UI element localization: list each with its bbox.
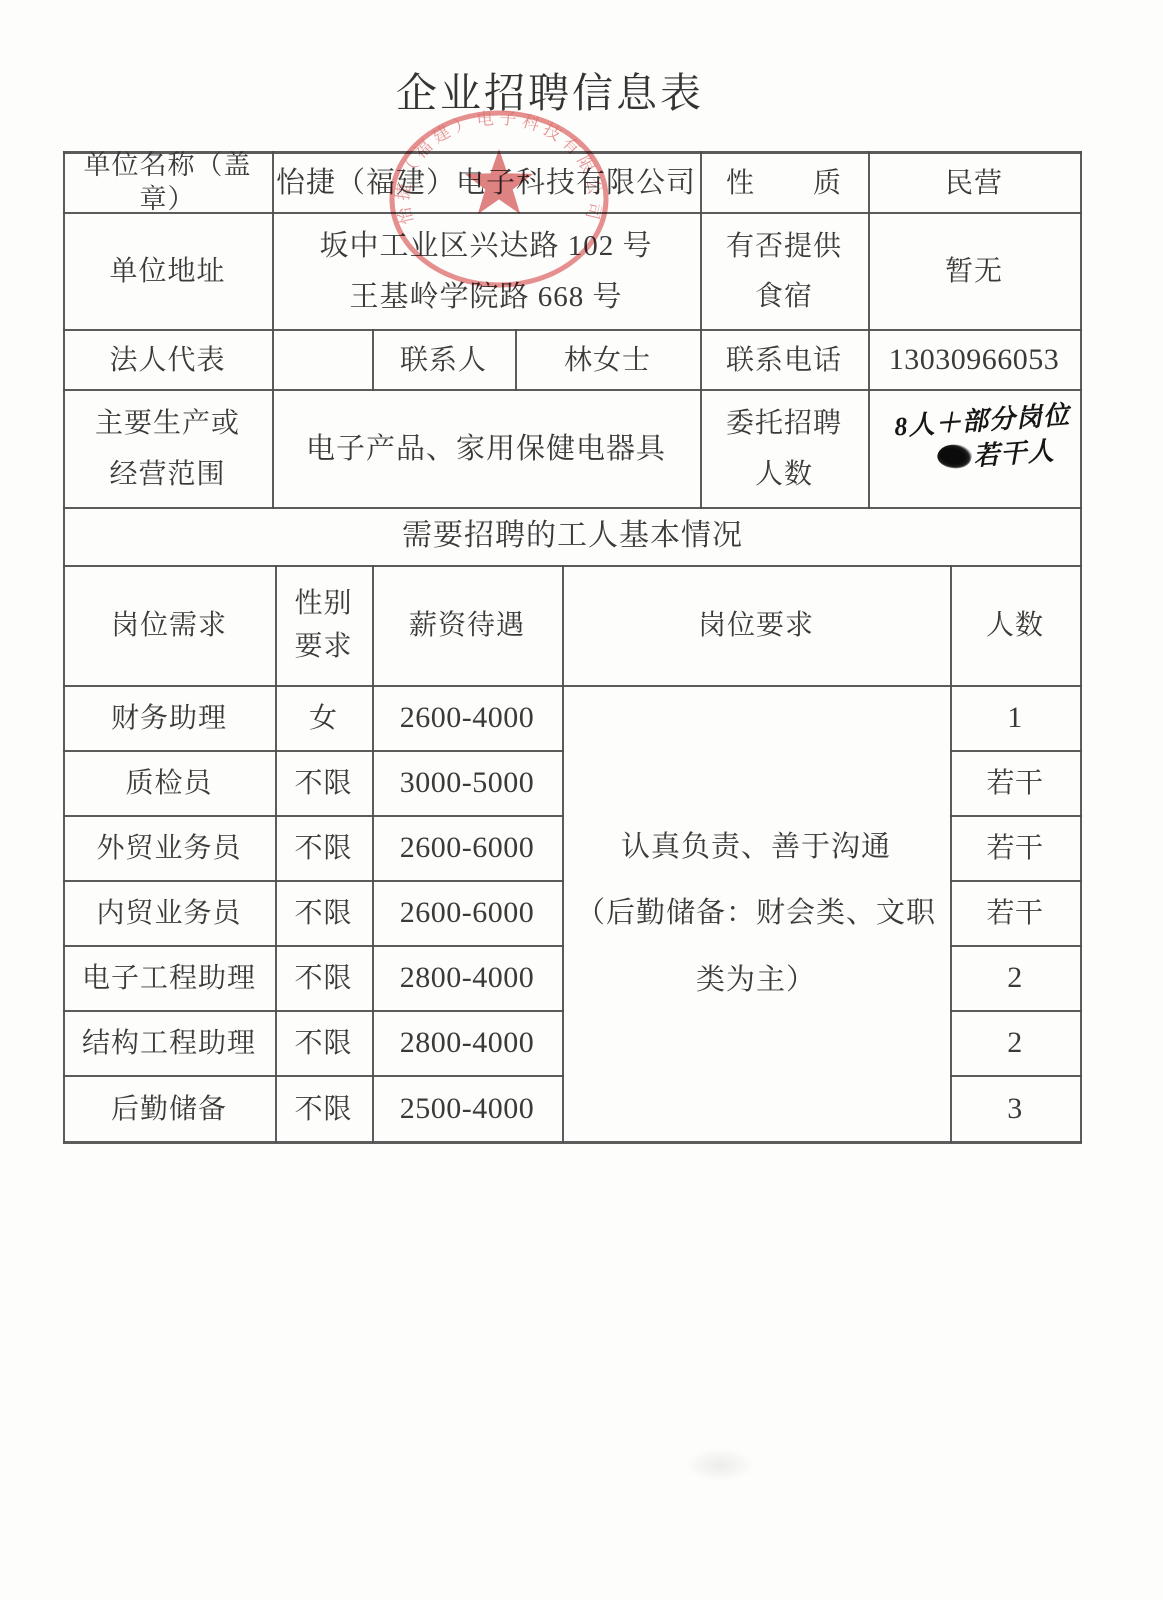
scope-label-line-1: 主要生产或: [95, 406, 240, 441]
header-position: 岗位需求: [63, 565, 275, 685]
entrust-label-line-1: 委托招聘: [726, 406, 842, 441]
job-salary: 2500-4000: [372, 1076, 562, 1142]
job-gender: 女: [275, 686, 372, 750]
job-gender: 不限: [275, 751, 372, 815]
contact-value: 林女士: [515, 331, 700, 389]
nature-label: 性 质: [700, 152, 868, 214]
scan-smudge: [685, 1448, 755, 1482]
header-requirement: 岗位要求: [562, 565, 950, 685]
requirement-merged-cell: 认真负责、善于沟通 （后勤储备：财会类、文职 类为主）: [562, 686, 950, 1141]
ink-blot: [936, 441, 974, 471]
job-count: 若干: [950, 751, 1080, 815]
job-count: 若干: [950, 816, 1080, 880]
job-salary: 2600-6000: [372, 881, 562, 945]
header-count: 人数: [950, 565, 1080, 685]
phone-value: 13030966053: [868, 331, 1080, 389]
handwriting-line-2: 若干人: [936, 430, 1055, 475]
phone-label: 联系电话: [700, 331, 868, 389]
nature-value: 民营: [868, 152, 1080, 214]
job-position: 电子工程助理: [63, 946, 275, 1010]
job-count: 2: [950, 1011, 1080, 1075]
job-salary: 2800-4000: [372, 1011, 562, 1075]
job-gender: 不限: [275, 946, 372, 1010]
job-salary: 2600-4000: [372, 686, 562, 750]
board-label: 有否提供 食宿: [700, 214, 868, 329]
job-salary: 2800-4000: [372, 946, 562, 1010]
job-position: 结构工程助理: [63, 1011, 275, 1075]
header-gender-line-2: 要求: [294, 629, 352, 664]
requirement-line-3: 类为主）: [696, 962, 816, 998]
company-seal-stamp: 怡捷（福建）电子科技有限公司: [383, 106, 615, 294]
job-gender: 不限: [275, 1011, 372, 1075]
header-salary: 薪资待遇: [372, 565, 562, 685]
job-position: 内贸业务员: [63, 881, 275, 945]
job-count: 若干: [950, 881, 1080, 945]
legal-rep-label: 法人代表: [63, 331, 272, 389]
address-label: 单位地址: [63, 214, 272, 329]
scope-label-line-2: 经营范围: [109, 457, 225, 492]
job-salary: 2600-6000: [372, 816, 562, 880]
job-position: 后勤储备: [63, 1076, 275, 1142]
job-gender: 不限: [275, 881, 372, 945]
seal-star-icon: [465, 149, 533, 214]
scanned-form-page: 企业招聘信息表: [0, 0, 1163, 1600]
board-label-line-2: 食宿: [755, 279, 813, 314]
contact-label: 联系人: [372, 331, 515, 389]
board-value: 暂无: [868, 214, 1080, 329]
entrust-handwritten-value: 8人＋部分岗位 若干人: [864, 384, 1084, 515]
job-position: 财务助理: [63, 686, 275, 750]
board-label-line-1: 有否提供: [726, 229, 842, 264]
requirement-line-2: （后勤储备：财会类、文职: [576, 895, 936, 931]
job-position: 外贸业务员: [63, 816, 275, 880]
entrust-label: 委托招聘 人数: [700, 391, 868, 507]
requirement-line-1: 认真负责、善于沟通: [621, 829, 891, 865]
header-gender: 性别 要求: [275, 565, 372, 685]
job-count: 3: [950, 1076, 1080, 1142]
job-position: 质检员: [63, 751, 275, 815]
unit-name-label: 单位名称（盖章）: [63, 152, 272, 214]
entrust-label-line-2: 人数: [755, 457, 813, 492]
legal-rep-value: [272, 331, 372, 389]
job-salary: 3000-5000: [372, 751, 562, 815]
scope-label: 主要生产或 经营范围: [63, 391, 272, 507]
header-gender-line-1: 性别: [294, 586, 352, 621]
scope-value: 电子产品、家用保健电器具: [272, 391, 700, 507]
job-count: 2: [950, 946, 1080, 1010]
job-gender: 不限: [275, 816, 372, 880]
section-title: 需要招聘的工人基本情况: [63, 507, 1082, 565]
job-count: 1: [950, 686, 1080, 750]
job-gender: 不限: [275, 1076, 372, 1142]
